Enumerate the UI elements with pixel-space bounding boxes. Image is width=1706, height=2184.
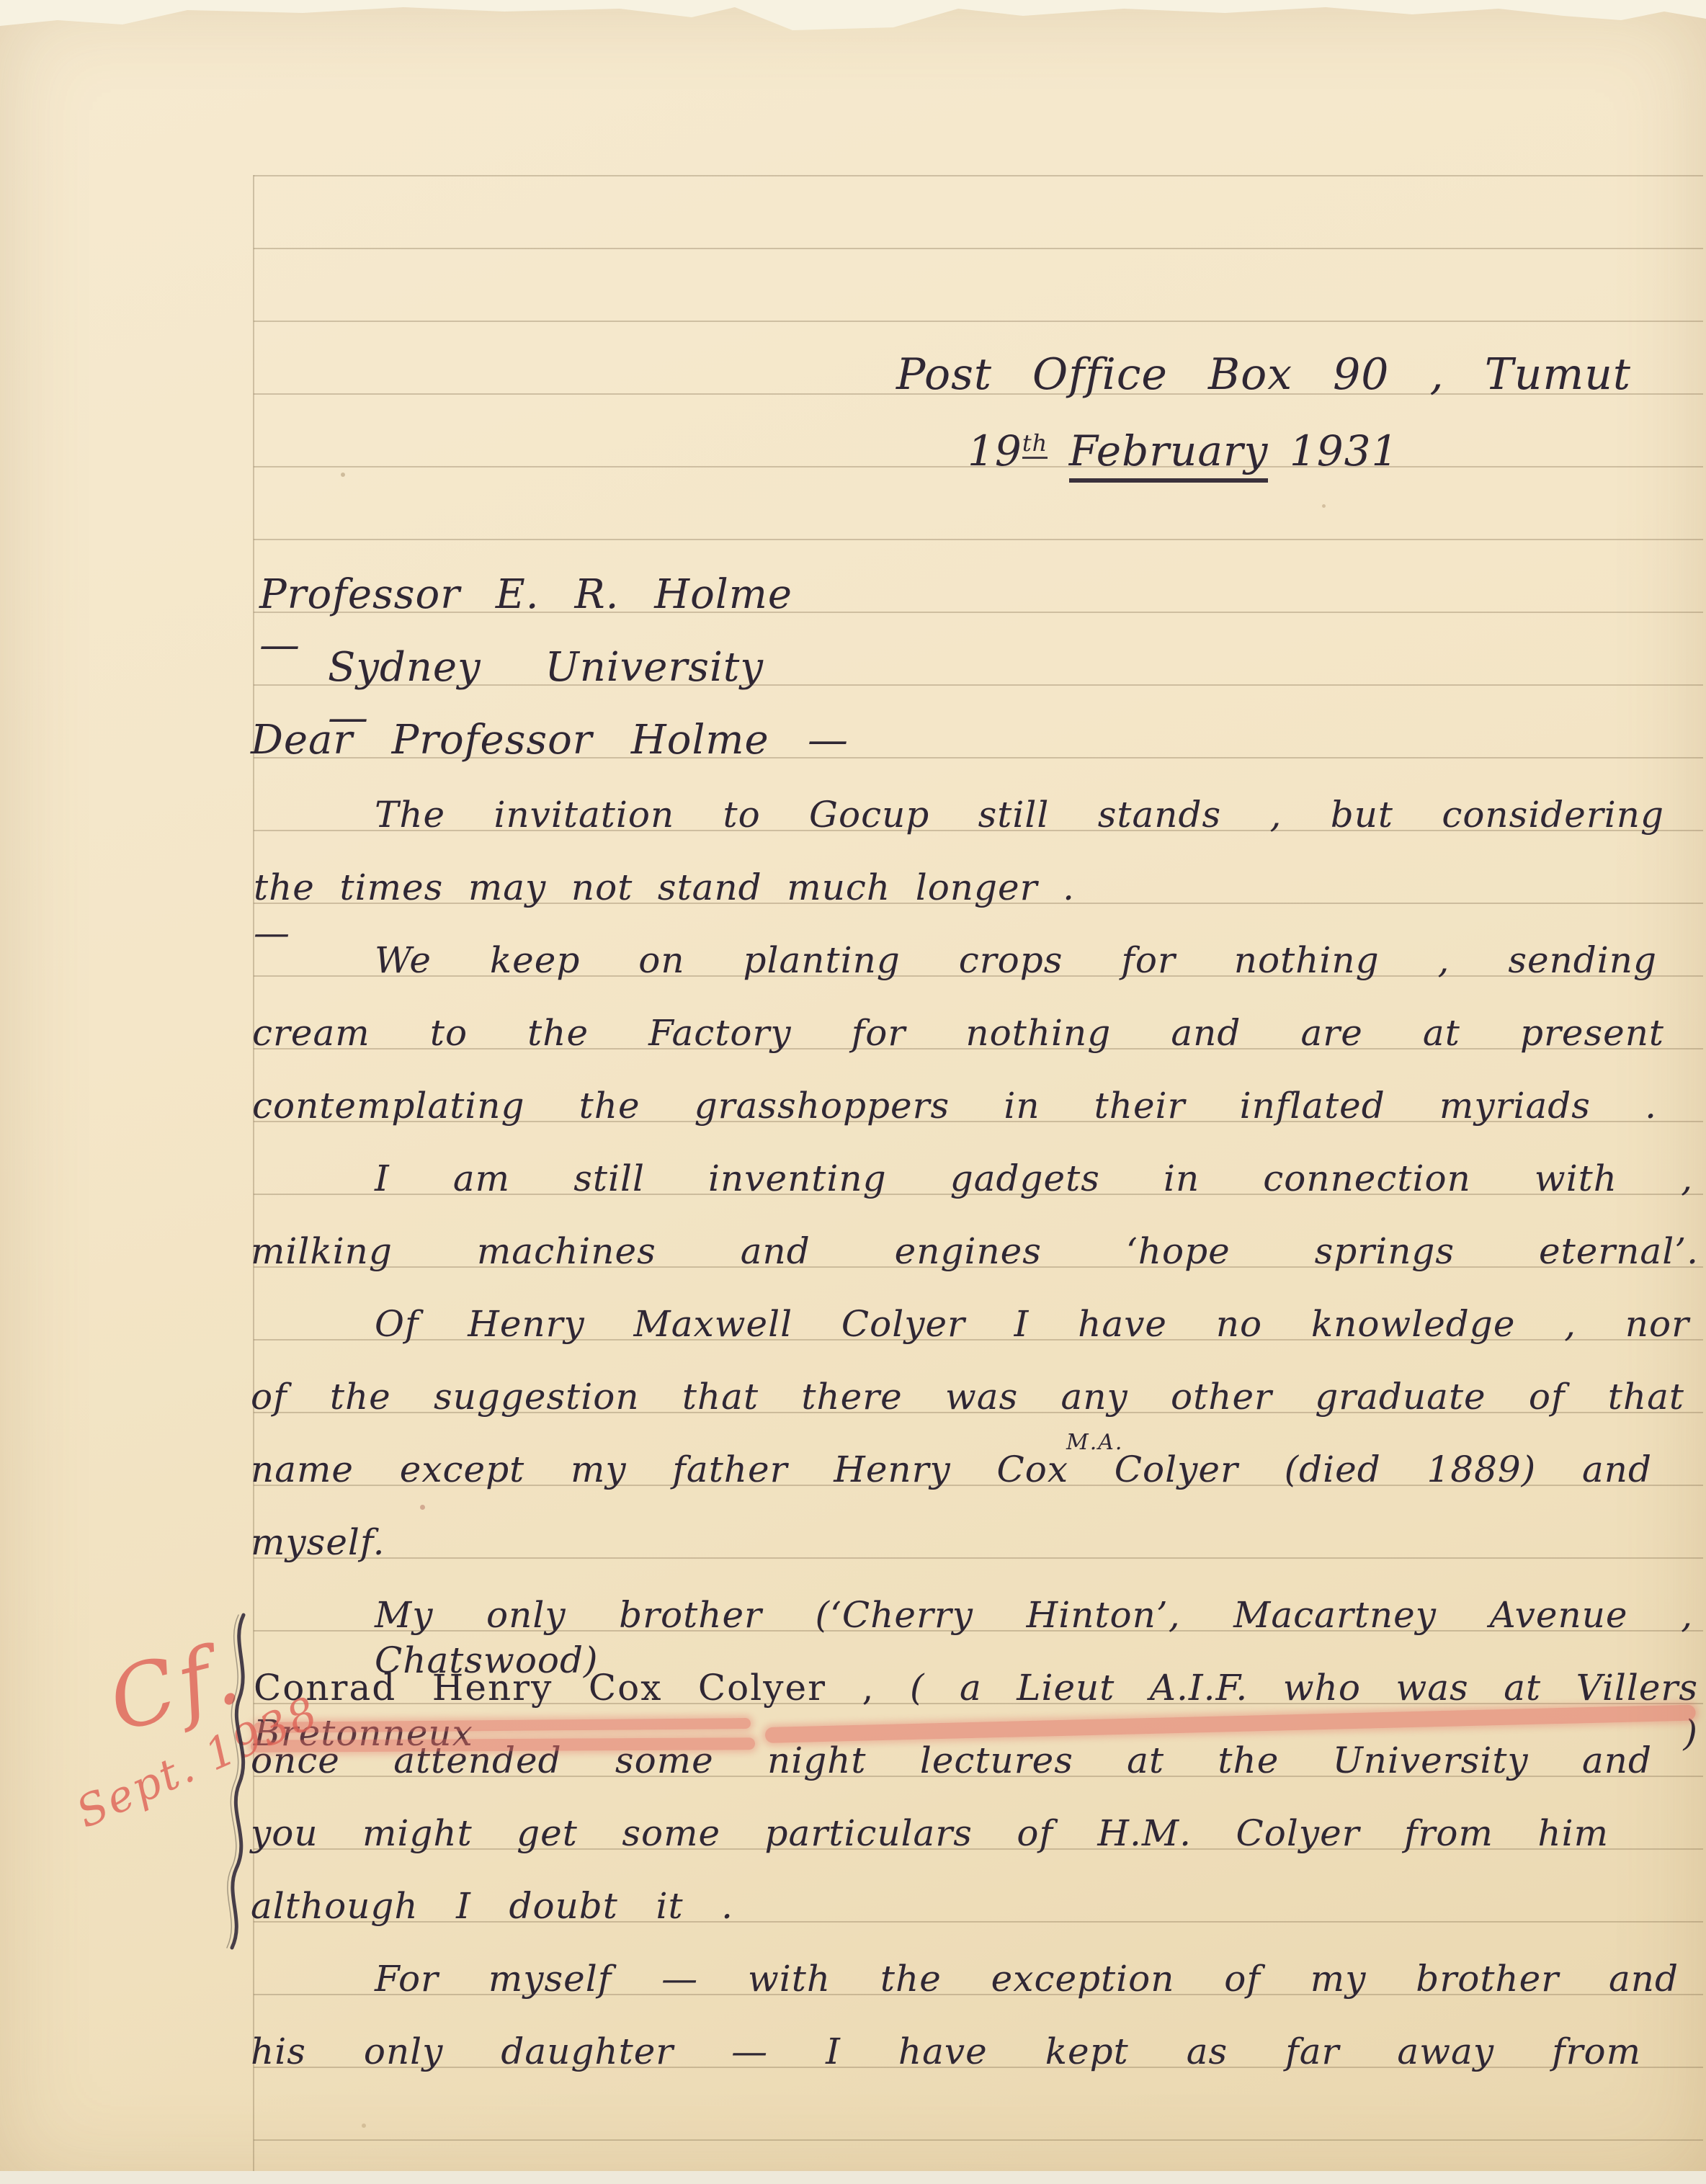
letter-line: We keep on planting crops for nothing , … <box>375 938 1657 983</box>
letter-line: you might get some particulars of H.M. C… <box>251 1811 1609 1856</box>
brother-name: Conrad Henry Cox Colyer , <box>254 1667 875 1709</box>
letter-line: of the suggestion that there was any oth… <box>251 1374 1684 1420</box>
paper-speck <box>1322 504 1326 508</box>
letter-line: cream to the Factory for nothing and are… <box>252 1011 1664 1056</box>
paper-speck <box>420 1505 425 1510</box>
letter-page: Post Office Box 90 , Tumut 19th February… <box>0 0 1706 2184</box>
date-month: February <box>1069 426 1269 483</box>
letter-line: contemplating the grasshoppers in their … <box>252 1083 1657 1129</box>
paper-speck <box>341 473 345 477</box>
date-day: 19 <box>968 426 1022 475</box>
letter-line: The invitation to Gocup still stands , b… <box>375 792 1664 838</box>
letter-line: his only daughter — I have kept as far a… <box>251 2029 1641 2075</box>
paper-speck <box>362 2123 366 2128</box>
bottom-page-edge <box>0 2171 1706 2184</box>
salutation-line: Dear Professor Holme — <box>251 715 849 766</box>
letter-line: I am still inventing gadgets in connecti… <box>375 1156 1693 1201</box>
sender-address-line: Post Office Box 90 , Tumut <box>896 348 1631 402</box>
letter-line: although I doubt it . <box>251 1884 733 1929</box>
margin-brace-mark <box>210 1612 261 1951</box>
ma-degree-superscript: M.A. <box>1066 1430 1123 1455</box>
letter-line: milking machines and engines ‘hope sprin… <box>251 1229 1699 1274</box>
letter-line: name except my father Henry Cox Colyer (… <box>251 1447 1652 1492</box>
letter-line: For myself — with the exception of my br… <box>375 1956 1679 2002</box>
letter-line: myself. <box>251 1520 385 1565</box>
date-line: 19th February 1931 <box>968 425 1398 478</box>
date-year: 1931 <box>1290 426 1399 475</box>
letter-line: Of Henry Maxwell Colyer I have no knowle… <box>375 1302 1689 1347</box>
date-day-suffix: th <box>1022 429 1048 459</box>
